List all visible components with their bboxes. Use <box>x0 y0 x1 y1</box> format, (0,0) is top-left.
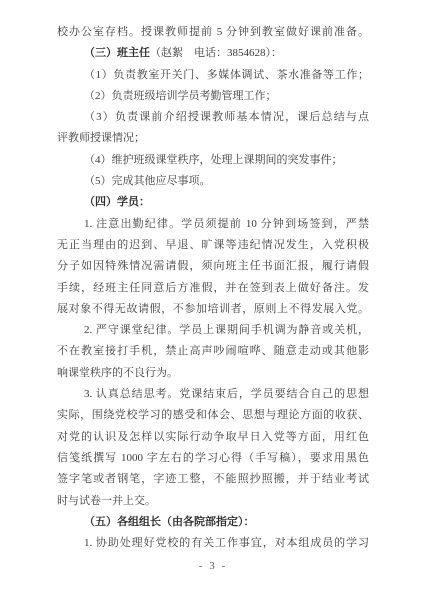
text-line: 手续，经班主任同意后方准假，并在签到表上做好备注。发 <box>57 278 369 299</box>
text-line: 1. 注意出勤纪律。学员须提前 10 分钟到场签到，严禁 <box>57 214 369 235</box>
text-line: 评教师授课情况； <box>57 128 369 149</box>
text-line: 对党的认识及怎样以实际行动争取早日入党等方面，用红色 <box>57 427 369 448</box>
text-line: 3. 认真总结思考。党课结束后，学员要结合自己的思想 <box>57 384 369 405</box>
text-line: 分子如因特殊情况需请假，须向班主任书面汇报，履行请假 <box>57 256 369 277</box>
text-line: 1. 协助处理好党校的有关工作事宜，对本组成员的学习 <box>57 533 369 554</box>
text-line: 不在教室接打手机，禁止高声吵闹喧哗、随意走动或其他影 <box>57 341 369 362</box>
text-line: （2）负责班级培训学员考勤管理工作； <box>57 86 369 107</box>
text-line: 信笺纸撰写 1000 字左右的学习心得（手写稿），要求用黑色 <box>57 448 369 469</box>
text-line: （4）维护班级课堂秩序，处理上课期间的突发事件； <box>57 150 369 171</box>
text-line: 无正当理由的迟到、早退、旷课等违纪情况发生，入党积极 <box>57 235 369 256</box>
section-heading-3-detail: （赵絮 电话：3854628）： <box>150 47 282 59</box>
text-line: 校办公室存档。授课教师提前 5 分钟到教室做好课前准备。 <box>57 22 369 43</box>
text-line: 实际，围绕党校学习的感受和体会、思想与理论方面的收获、 <box>57 405 369 426</box>
section-heading-3: （三）班主任（赵絮 电话：3854628）： <box>57 43 369 64</box>
text-line: 2. 严守课堂纪律。学员上课期间手机调为静音或关机， <box>57 320 369 341</box>
page-number: - 3 - <box>0 560 426 572</box>
document-body: 校办公室存档。授课教师提前 5 分钟到教室做好课前准备。 （三）班主任（赵絮 电… <box>57 22 369 554</box>
text-line: 响课堂秩序的不良行为。 <box>57 363 369 384</box>
text-line: 签字笔或者钢笔，字迹工整，不能照抄照搬，并于结业考试 <box>57 469 369 490</box>
section-heading-3-title: （三）班主任 <box>84 47 150 59</box>
section-heading-4: （四）学员： <box>57 192 369 213</box>
section-heading-5: （五）各组组长（由各院部指定）： <box>57 512 369 533</box>
text-line: （3）负责课前介绍授课教师基本情况，课后总结与点 <box>57 107 369 128</box>
document-page: 校办公室存档。授课教师提前 5 分钟到教室做好课前准备。 （三）班主任（赵絮 电… <box>0 0 426 609</box>
text-line: （1）负责教室开关门、多媒体调试、茶水准备等工作； <box>57 65 369 86</box>
text-line: 展对象不得无故请假，不参加培训者，原则上不得发展入党。 <box>57 299 369 320</box>
text-line: 时与试卷一并上交。 <box>57 491 369 512</box>
text-line: （5）完成其他应尽事项。 <box>57 171 369 192</box>
